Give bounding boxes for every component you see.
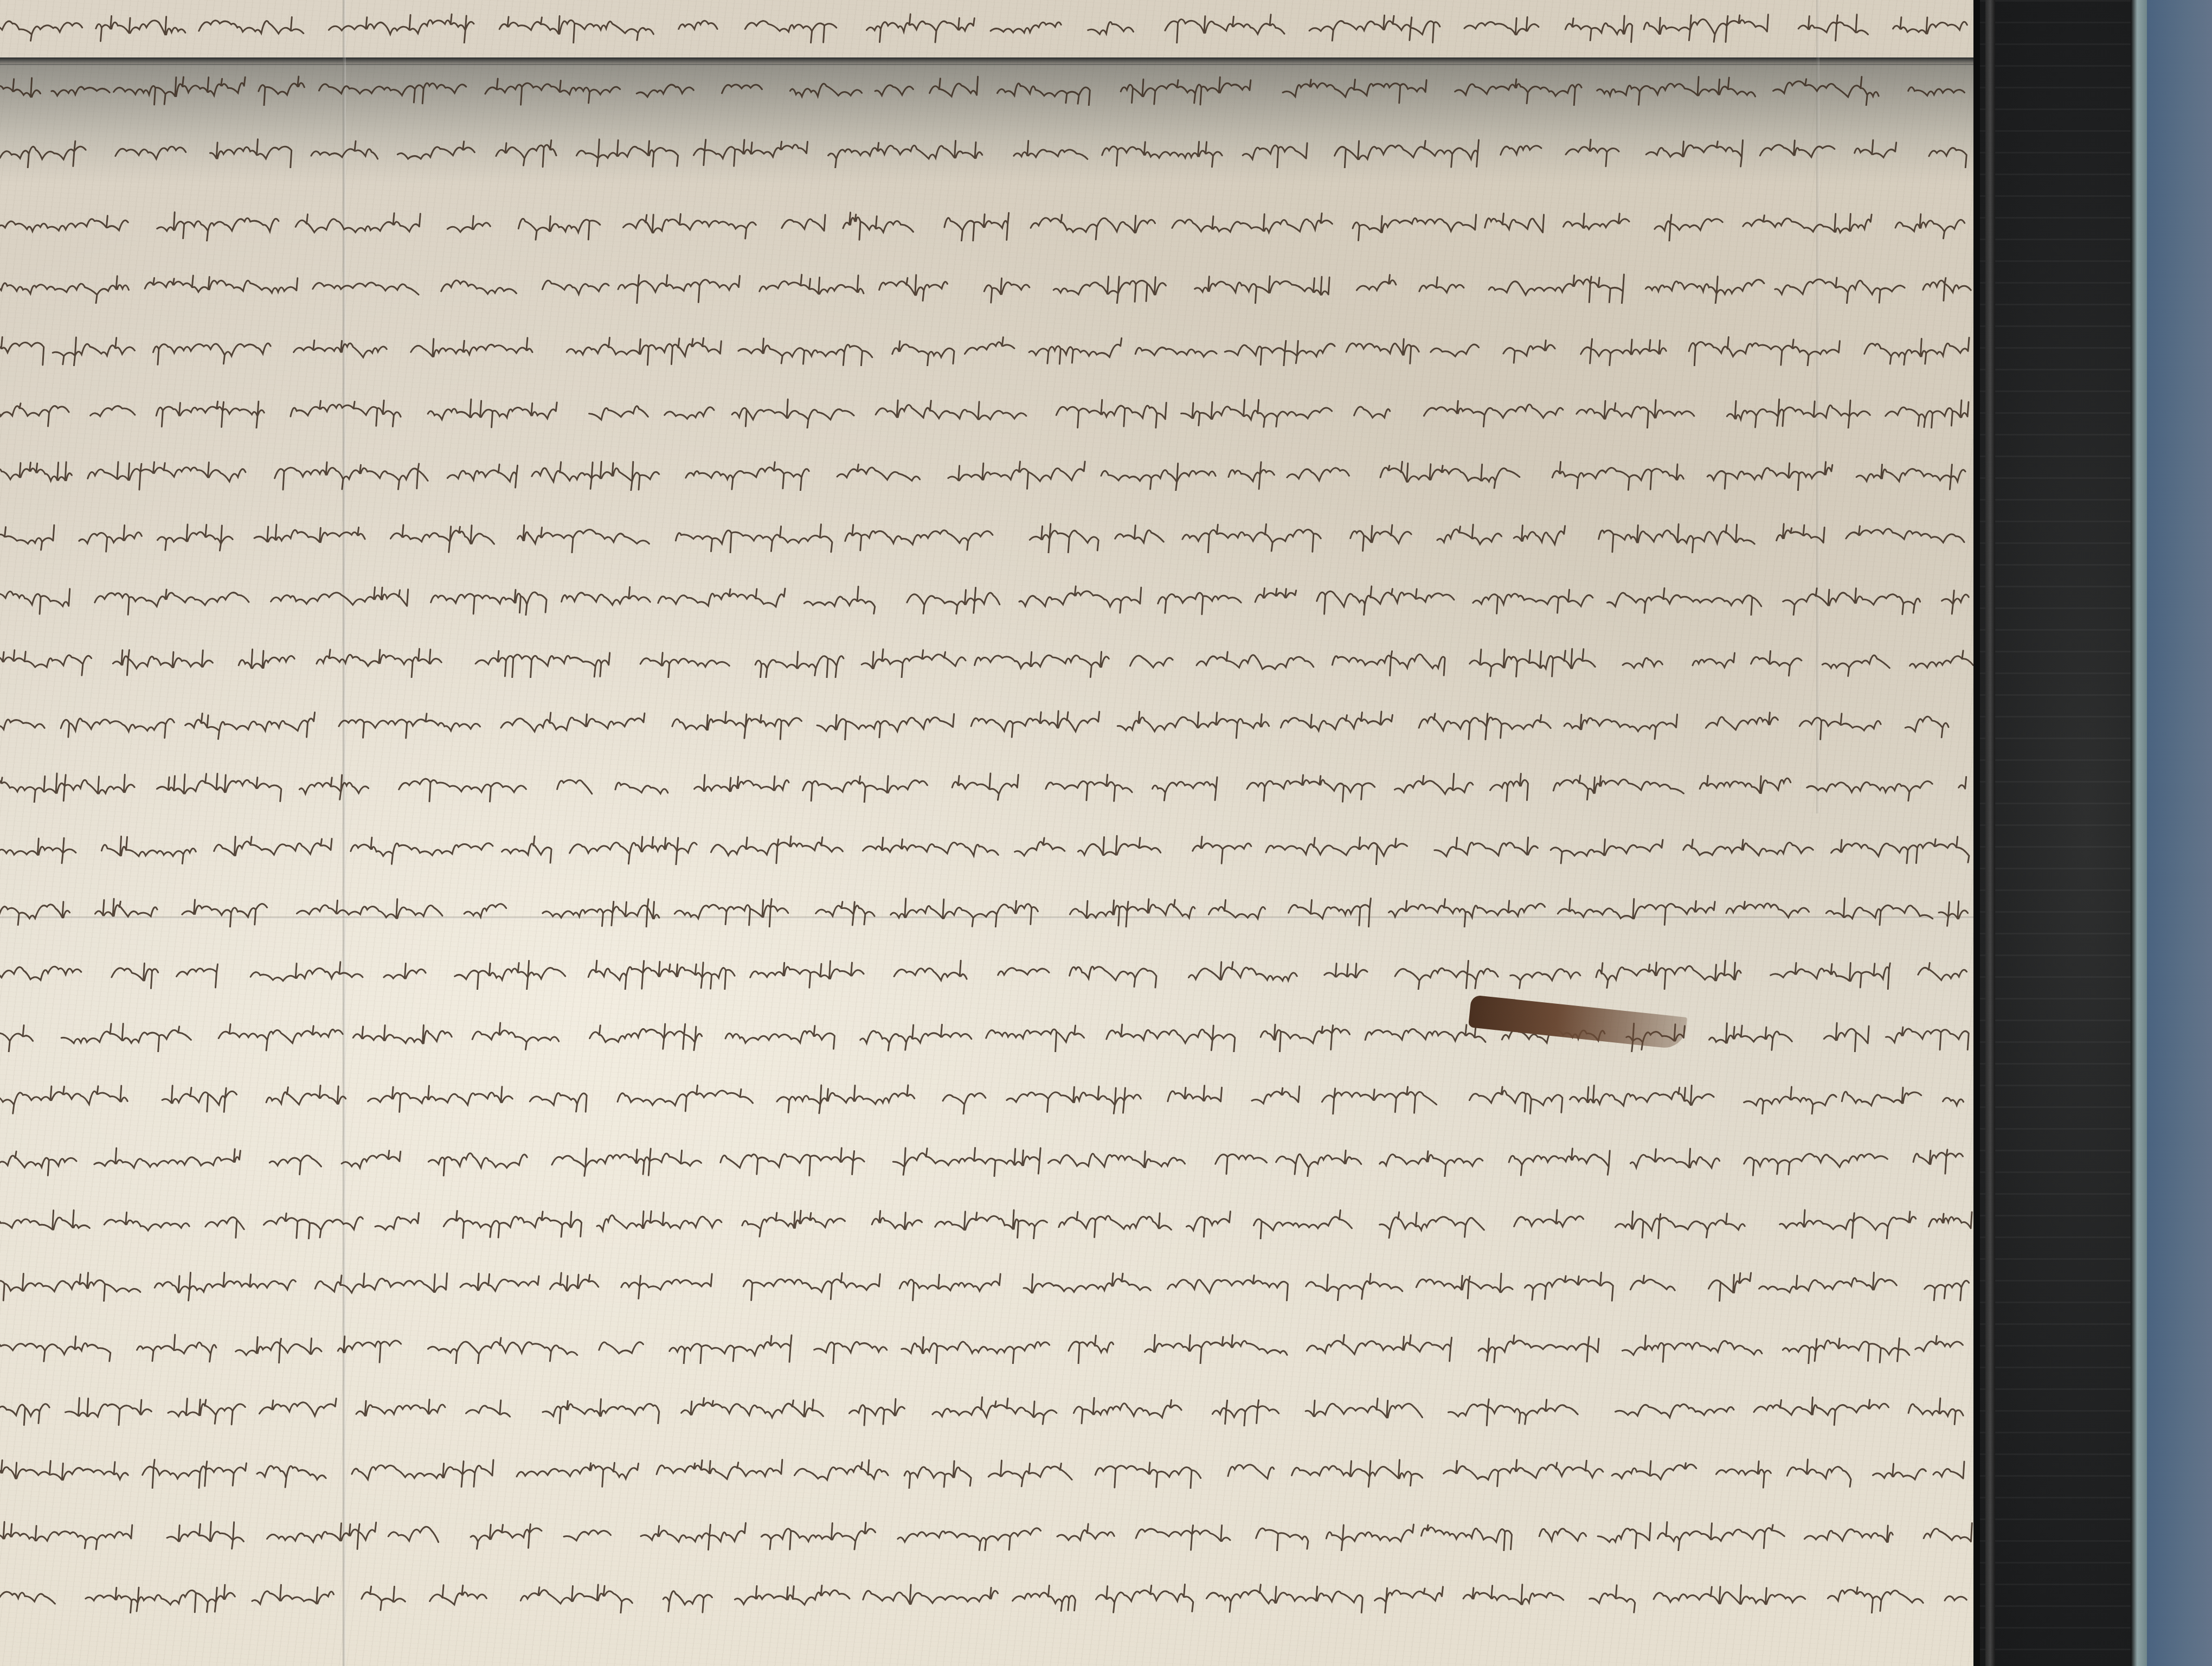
manuscript-line xyxy=(0,396,1984,428)
manuscript-line xyxy=(0,1456,1984,1489)
manuscript-line xyxy=(0,458,1984,491)
background-board xyxy=(2147,0,2212,1666)
manuscript-line xyxy=(0,136,1984,168)
manuscript-line xyxy=(0,645,1984,678)
manuscript-line xyxy=(0,521,1984,553)
manuscript-line xyxy=(0,1269,1984,1302)
manuscript-line xyxy=(0,1331,1984,1364)
manuscript-line xyxy=(0,1082,1984,1114)
manuscript-line xyxy=(0,209,1984,241)
manuscript-line xyxy=(0,11,1984,43)
manuscript-line xyxy=(0,1144,1984,1177)
manuscript-line xyxy=(0,1394,1984,1426)
manuscript-line xyxy=(0,73,1984,106)
manuscript-line xyxy=(0,770,1984,803)
manuscript-line xyxy=(0,895,1984,927)
manuscript-line xyxy=(0,334,1984,366)
binding-edge xyxy=(2131,0,2147,1666)
manuscript-line xyxy=(0,1518,1984,1551)
manuscript-line xyxy=(0,957,1984,990)
manuscript-text-block xyxy=(0,0,1973,1666)
manuscript-line xyxy=(0,1581,1984,1613)
manuscript-line xyxy=(0,271,1984,304)
manuscript-line xyxy=(0,1207,1984,1239)
manuscript-line xyxy=(0,832,1984,865)
manuscript-line xyxy=(0,708,1984,740)
